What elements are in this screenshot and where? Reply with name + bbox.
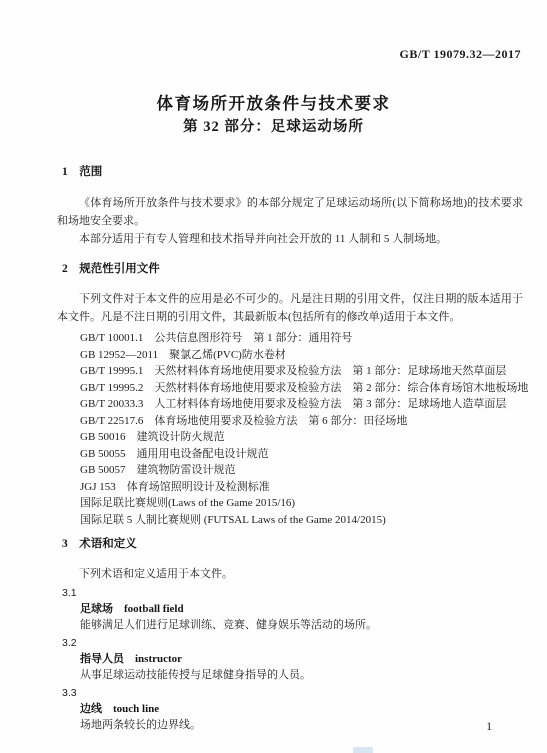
scope-paragraph-1: 《体育场所开放条件与技术要求》的本部分规定了足球运动场所(以下简称场地)的技术要… bbox=[57, 194, 523, 230]
reference-item: GB 50057 建筑物防雷设计规范 bbox=[80, 462, 523, 479]
reference-item: GB/T 20033.3 人工材料体育场地使用要求及检验方法 第 3 部分：足球… bbox=[80, 396, 523, 413]
term-number: 3.1 bbox=[62, 585, 523, 601]
reference-item: GB/T 10001.1 公共信息图形符号 第 1 部分：通用符号 bbox=[80, 330, 523, 347]
references-intro: 下列文件对于本文件的应用是必不可少的。凡是注日期的引用文件，仅注日期的版本适用于… bbox=[57, 290, 523, 326]
reference-item: GB/T 22517.6 体育场地使用要求及检验方法 第 6 部分：田径场地 bbox=[80, 413, 523, 430]
section-2-heading: 2 规范性引用文件 bbox=[62, 262, 523, 277]
terms-intro: 下列术语和定义适用于本文件。 bbox=[57, 565, 523, 583]
document-body: 1 范围 《体育场所开放条件与技术要求》的本部分规定了足球运动场所(以下简称场地… bbox=[57, 160, 523, 733]
section-3-heading: 3 术语和定义 bbox=[62, 537, 523, 552]
section-1-heading: 1 范围 bbox=[62, 165, 523, 180]
reference-item: GB/T 19995.2 天然材料体育场地使用要求及检验方法 第 2 部分：综合… bbox=[80, 380, 523, 397]
scope-paragraph-2: 本部分适用于有专人管理和技术指导并向社会开放的 11 人制和 5 人制场地。 bbox=[57, 230, 523, 248]
term-definition: 从事足球运动技能传授与足球健身指导的人员。 bbox=[57, 667, 523, 683]
term-name: 指导人员 instructor bbox=[57, 651, 523, 667]
reference-item: 国际足联 5 人制比赛规则 (FUTSAL Laws of the Game 2… bbox=[80, 512, 523, 529]
document-page: GB/T 19079.32—2017 体育场所开放条件与技术要求 第 32 部分… bbox=[0, 0, 547, 753]
page-number: 1 bbox=[486, 721, 492, 733]
term-number: 3.2 bbox=[62, 635, 523, 651]
term-definition: 场地两条较长的边界线。 bbox=[57, 717, 523, 733]
reference-item: GB 12952—2011 聚氯乙烯(PVC)防水卷材 bbox=[80, 347, 523, 364]
standard-number: GB/T 19079.32—2017 bbox=[400, 47, 521, 62]
term-entry-3-1: 3.1 足球场 football field 能够满足人们进行足球训练、竞赛、健… bbox=[57, 585, 523, 633]
title-line-1: 体育场所开放条件与技术要求 bbox=[0, 92, 547, 116]
reference-item: GB 50016 建筑设计防火规范 bbox=[80, 429, 523, 446]
reference-list: GB/T 10001.1 公共信息图形符号 第 1 部分：通用符号 GB 129… bbox=[57, 330, 523, 528]
reference-item: JGJ 153 体育场馆照明设计及检测标准 bbox=[80, 479, 523, 496]
document-title: 体育场所开放条件与技术要求 第 32 部分：足球运动场所 bbox=[0, 92, 547, 139]
reference-item: GB 50055 通用用电设备配电设计规范 bbox=[80, 446, 523, 463]
term-number: 3.3 bbox=[62, 685, 523, 701]
term-entry-3-2: 3.2 指导人员 instructor 从事足球运动技能传授与足球健身指导的人员… bbox=[57, 635, 523, 683]
reference-item: 国际足联比赛规则(Laws of the Game 2015/16) bbox=[80, 495, 523, 512]
title-line-2: 第 32 部分：足球运动场所 bbox=[0, 116, 547, 139]
term-definition: 能够满足人们进行足球训练、竞赛、健身娱乐等活动的场所。 bbox=[57, 617, 523, 633]
term-name: 边线 touch line bbox=[57, 701, 523, 717]
term-name: 足球场 football field bbox=[57, 601, 523, 617]
term-entry-3-3: 3.3 边线 touch line 场地两条较长的边界线。 bbox=[57, 685, 523, 733]
reference-item: GB/T 19995.1 天然材料体育场地使用要求及检验方法 第 1 部分：足球… bbox=[80, 363, 523, 380]
scan-artifact bbox=[353, 747, 373, 753]
